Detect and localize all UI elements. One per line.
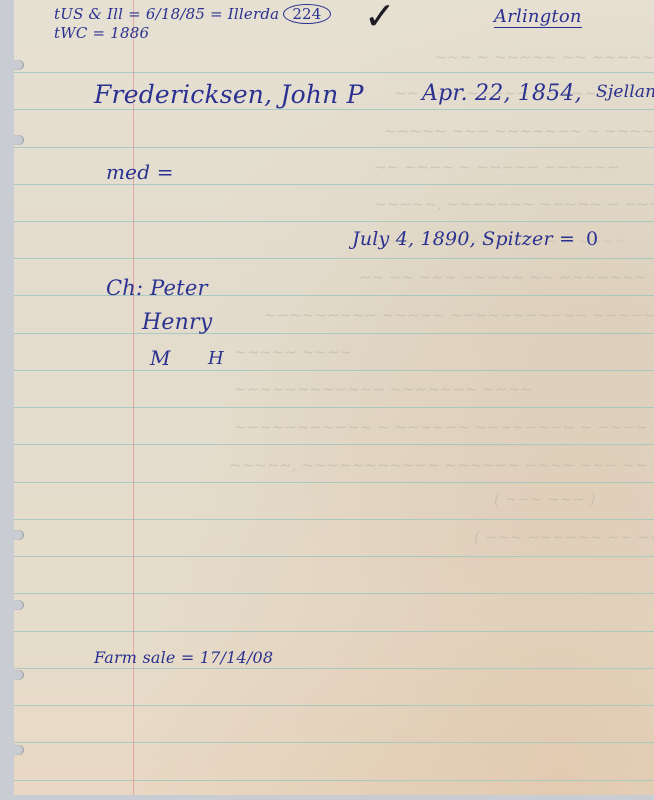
bleed-through: ( ~~~ ~~~ ) [494, 490, 595, 508]
farm-sale-note: Farm sale = 17/14/08 [94, 648, 273, 667]
binding-hole [14, 135, 24, 145]
child-name: Peter [150, 276, 208, 300]
ruled-line [14, 780, 654, 781]
ruled-line [14, 147, 654, 148]
children-list: Ch: Peter [106, 276, 208, 300]
bleed-through: ~~~~~ ~~~ ~~~~~~~ ~ ~~~~~~ ~~~~~ [384, 122, 654, 140]
margin-line [133, 0, 134, 795]
bleed-through: ~~~~~~~~~~~ ~ ~~~~~~ ~~~~~~~~ ~ ~~~~ ~~ [234, 418, 654, 436]
header-line-1: tUS & Ill = 6/18/85 = Illerda224 [54, 4, 331, 24]
binding-hole [14, 60, 24, 70]
child-name: Henry [142, 310, 212, 335]
ruled-line [14, 482, 654, 483]
ruled-line [14, 668, 654, 669]
header-line-2: tWC = 1886 [54, 24, 149, 42]
ruled-line [14, 593, 654, 594]
ruled-line [14, 221, 654, 222]
binding-hole [14, 530, 24, 540]
ruled-line [14, 333, 654, 334]
ruled-line [14, 556, 654, 557]
person-name: Fredericksen, John P [94, 80, 364, 109]
ruled-line [14, 184, 654, 185]
children-label: Ch: [106, 276, 143, 300]
binding-hole [14, 600, 24, 610]
binding-hole [14, 745, 24, 755]
bleed-through: ( ~~~ ~~~~~~ ~~ ~~~~ ~ ~~~~~ ~ ~~~~~~~~~… [474, 528, 654, 546]
bleed-through: ~~~~~~~~~ ~~~~~ ~~~~~~~~~~~ ~~~~~~~ [264, 306, 654, 324]
ruled-line [14, 705, 654, 706]
record-number: 224 [283, 4, 330, 24]
ruled-line [14, 407, 654, 408]
bleed-through: ~~~~~, ~~~~~~~ ~~~~~ ~ ~~~~ ~~~~~~ [374, 195, 654, 213]
ruled-line [14, 370, 654, 371]
ruled-line [14, 109, 654, 110]
ruled-line [14, 742, 654, 743]
ruled-line [14, 631, 654, 632]
header-note: tUS & Ill = 6/18/85 = Illerda [54, 5, 279, 23]
bleed-through: ~~ ~~~~ ~ ~~~~~ ~~~~~~ [374, 158, 619, 176]
death-line: July 4, 1890, Spitzer = [352, 228, 575, 250]
birth-date: Apr. 22, 1854, [422, 81, 582, 106]
binding-hole [14, 670, 24, 680]
married-label: med = [106, 160, 174, 184]
ruled-line [14, 258, 654, 259]
ruled-line [14, 444, 654, 445]
bleed-through: ~~~~~ ~~~~ [234, 343, 352, 361]
location: Arlington [494, 6, 582, 27]
death-value: 0 [586, 228, 598, 250]
initial: H [208, 348, 224, 369]
check-mark-icon: ✓ [364, 0, 396, 38]
notebook-page: ~~~ ~ ~~~~~ ~~ ~~~~~ ~~ ~~~ ~~~~~ ~~~~~~… [14, 0, 654, 795]
bleed-through: ~~~~~, ~~~~~~~~~~~ ~~~~~~ ~~~~ ~~~ ~~ ~~… [229, 456, 654, 474]
bleed-through: ~~~ ~ ~~~~~ ~~ ~~~~~ [434, 48, 654, 66]
bleed-through: ~~~~~~~~~~~~ ~~~~~~~ ~~~~ [234, 380, 533, 398]
bleed-through: ~~ ~~ ~~~ ~~~~~ ~~ ~~~~~~~ [359, 268, 647, 286]
ruled-line [14, 519, 654, 520]
birth-place: Sjelland [596, 82, 654, 102]
initial: M [150, 346, 171, 370]
ruled-line [14, 72, 654, 73]
location-text: Arlington [494, 6, 582, 28]
